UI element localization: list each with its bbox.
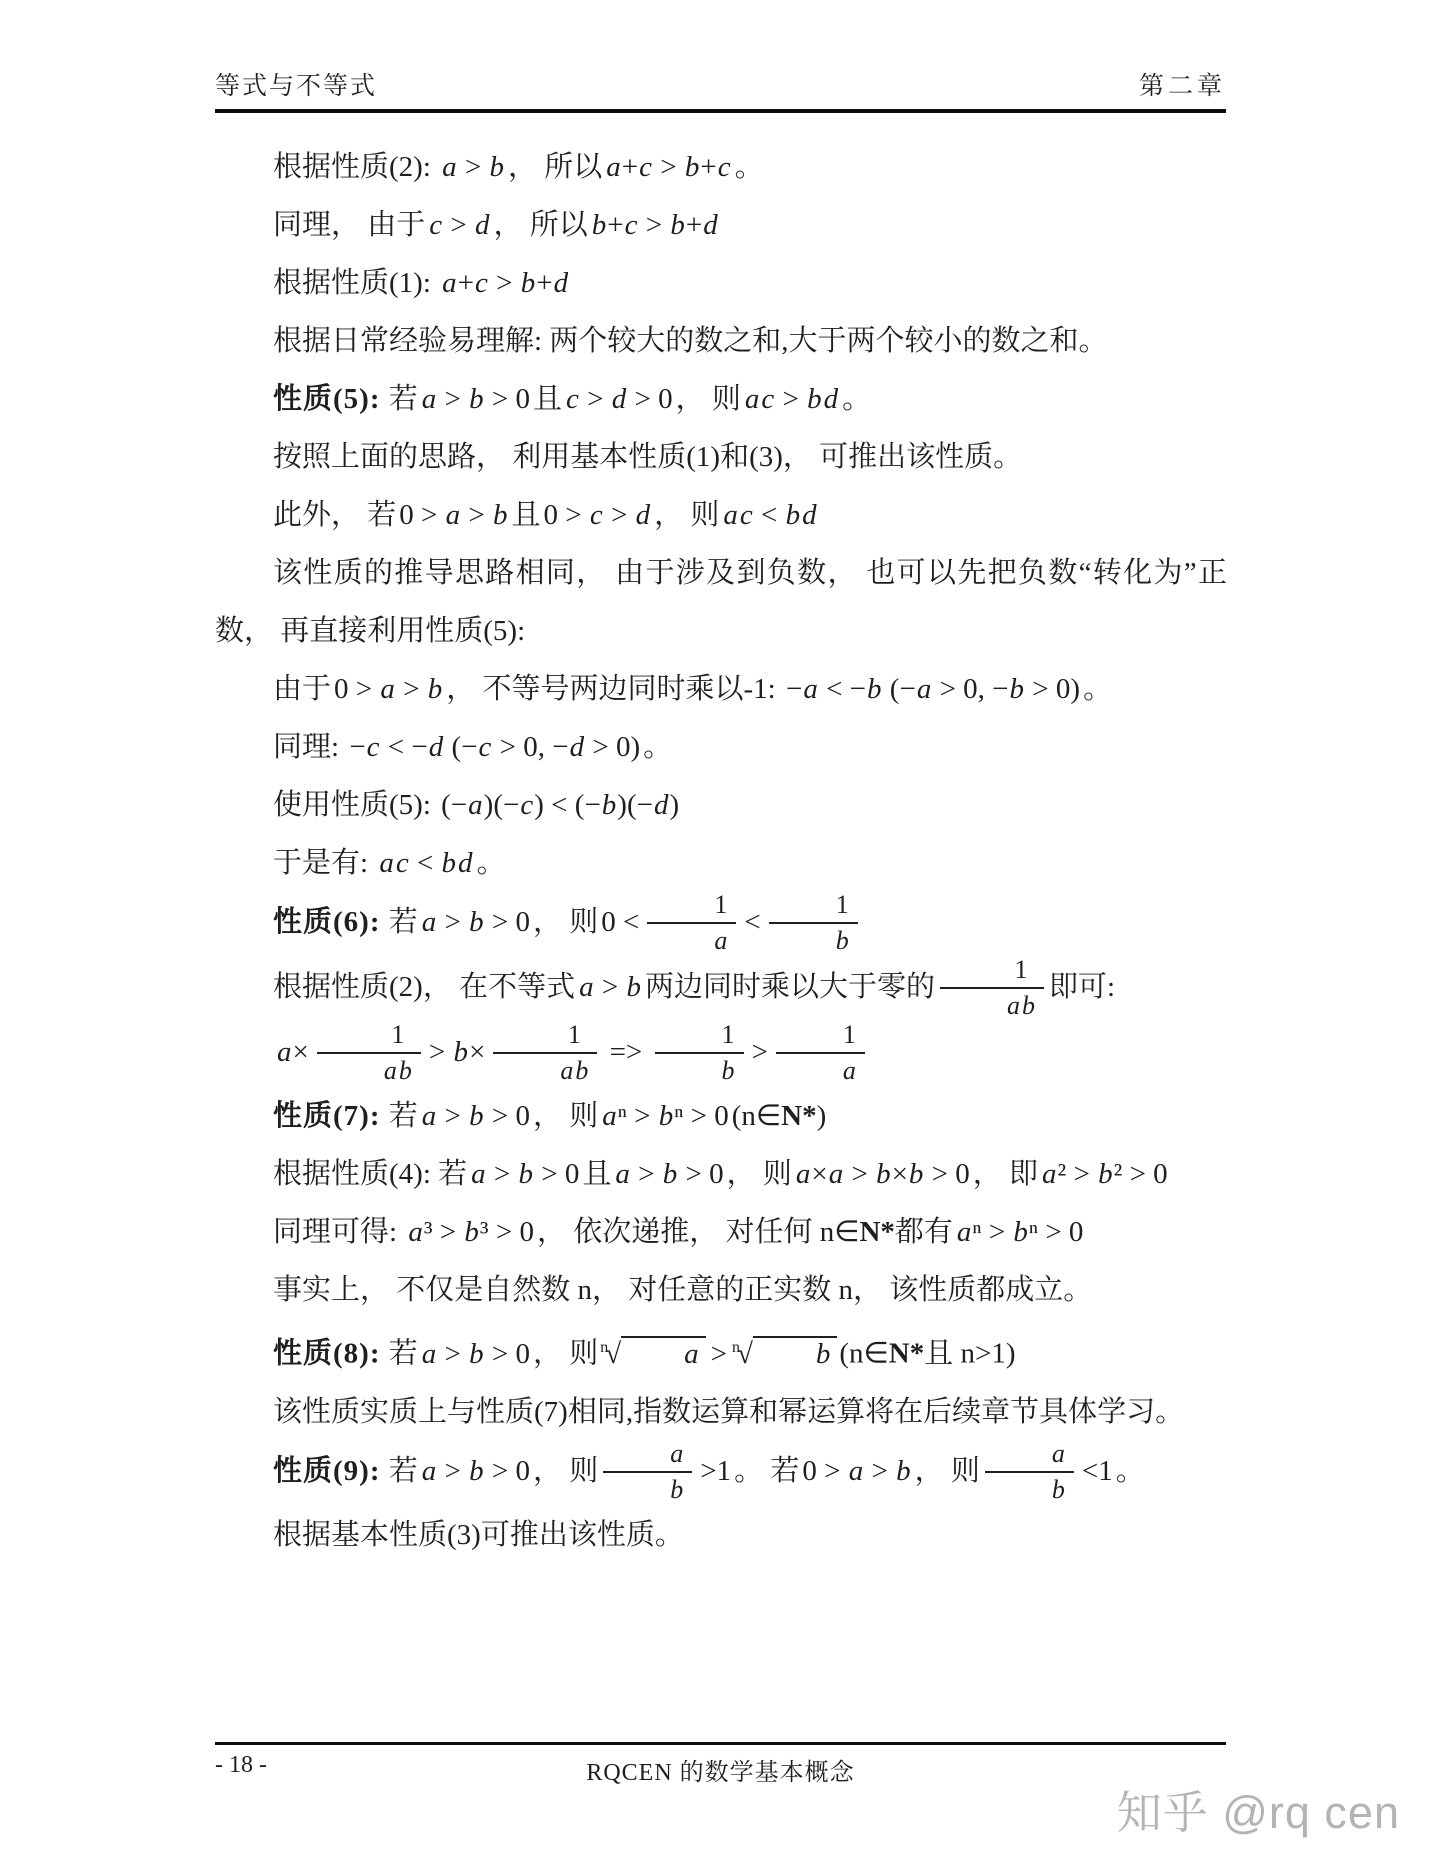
text-run: 且 <box>533 383 562 415</box>
math-variable: a <box>441 151 458 183</box>
fraction-denominator: a <box>647 924 736 955</box>
math-variable: b <box>398 1056 413 1085</box>
math-variable: c <box>760 383 775 415</box>
math-variable: b <box>463 1216 480 1248</box>
text-run: 根据基本性质(3)可推出该性质。 <box>273 1519 684 1551</box>
text-run: 。 <box>1083 673 1112 705</box>
math-variable: a <box>744 383 761 415</box>
math-expression: a > b > 0 <box>418 906 533 938</box>
math-variable: b <box>866 673 883 705</box>
math-variable: a <box>559 1056 574 1085</box>
math-variable: a <box>1006 991 1021 1020</box>
text-run: ， 则 <box>533 1338 598 1370</box>
paragraph: 同理: −c < −d (−c > 0, −d > 0)。 <box>215 718 1227 776</box>
math-variable: a <box>421 1455 438 1487</box>
math-expression: > <box>708 1338 730 1370</box>
math-variable: b <box>669 1475 684 1504</box>
paragraph: 根据日常经验易理解: 两个较大的数之和,大于两个较小的数之和。 <box>215 312 1227 370</box>
math-expression: a³ > b³ > 0 <box>404 1216 537 1248</box>
math-variable: a <box>445 499 462 531</box>
radicand: b <box>753 1336 838 1369</box>
math-expression: b <box>1048 1475 1069 1504</box>
text-run: 即可: <box>1049 971 1115 1003</box>
math-variable: b <box>441 847 458 879</box>
math-variable: a <box>614 1158 631 1190</box>
math-variable: b <box>1097 1158 1114 1190</box>
math-variable: d <box>702 209 719 241</box>
math-variable: b <box>574 1056 589 1085</box>
math-variable: a <box>722 499 739 531</box>
math-variable: a <box>795 1158 812 1190</box>
math-variable: d <box>611 383 628 415</box>
text-run: ， 依次递推， 对任何 n∈ <box>537 1216 860 1248</box>
math-variable: a <box>601 1100 618 1132</box>
math-expression: 1 <box>719 1020 738 1049</box>
math-variable: b <box>591 209 608 241</box>
text-run: 若 <box>389 1338 418 1370</box>
math-expression: aⁿ > bⁿ > 0 <box>953 1216 1087 1248</box>
property-label: 性质(6): <box>273 906 389 938</box>
math-variable: c <box>366 731 381 763</box>
math-expression: a <box>1048 1439 1069 1468</box>
math-variable: c <box>395 847 410 879</box>
math-variable: b <box>492 499 509 531</box>
math-variable: c <box>428 209 443 241</box>
math-variable: b <box>427 673 444 705</box>
fraction: 1b <box>769 890 858 955</box>
math-variable: c <box>717 151 732 183</box>
fraction: 1a <box>647 890 736 955</box>
text-run: ， 则 <box>533 1455 598 1487</box>
text-run: 使用性质(5): <box>273 789 438 821</box>
math-expression: < <box>741 906 763 938</box>
fraction: 1ab <box>940 955 1044 1020</box>
fraction: 1ab <box>493 1020 597 1085</box>
fraction-numerator: 1 <box>655 1020 744 1054</box>
math-variable: c <box>624 209 639 241</box>
text-run: ) <box>817 1100 827 1132</box>
text-run: 两边同时乘以大于零的 <box>645 971 935 1003</box>
text-run: 若 <box>389 383 418 415</box>
paragraph: 性质(5): 若a > b > 0且c > d > 0， 则ac > bd。 <box>215 370 1227 428</box>
paragraph: 同理， 由于c > d， 所以b+c > b+d <box>215 196 1227 254</box>
text-run: (n∈ <box>839 1338 888 1370</box>
math-variable: b <box>895 1455 912 1487</box>
number-set-symbol: N* <box>859 1216 894 1248</box>
math-variable: c <box>638 151 653 183</box>
text-run: 若 <box>389 1455 418 1487</box>
math-expression: c > d > 0 <box>562 383 676 415</box>
math-variable: b <box>517 1158 534 1190</box>
math-variable: b <box>452 1036 469 1068</box>
math-expression: b <box>812 1338 835 1370</box>
paragraph: 事实上， 不仅是自然数 n， 对任意的正实数 n， 该性质都成立。 <box>215 1261 1227 1319</box>
math-variable: b <box>908 1158 925 1190</box>
math-variable: a <box>470 1158 487 1190</box>
property-label: 性质(5): <box>273 383 389 415</box>
math-variable: a <box>407 1216 424 1248</box>
math-variable: a <box>956 1216 973 1248</box>
math-expression: b+c > b+d <box>588 209 722 241</box>
text-run: (n∈ <box>732 1100 781 1132</box>
math-variable: c <box>519 789 534 821</box>
paragraph: 使用性质(5): (−a)(−c) < (−b)(−d) <box>215 776 1227 834</box>
math-variable: b <box>468 1100 485 1132</box>
page-body: 根据性质(2): a > b， 所以a+c > b+c。同理， 由于c > d，… <box>215 138 1227 1564</box>
math-expression: 0 > a > b <box>331 673 446 705</box>
text-run: ， 所以 <box>508 151 602 183</box>
fraction-numerator: 1 <box>776 1020 865 1054</box>
footer-divider <box>215 1742 1226 1745</box>
header-chapter-label: 第二章 <box>1139 66 1226 102</box>
math-expression: 1 <box>565 1020 584 1049</box>
text-run: ， 不等号两边同时乘以-1: <box>446 673 783 705</box>
paragraph: 根据基本性质(3)可推出该性质。 <box>215 1506 1227 1564</box>
radical: n√a <box>598 1338 707 1370</box>
fraction-numerator: a <box>985 1439 1074 1473</box>
math-expression: a > b > 0 <box>418 1455 533 1487</box>
math-expression: −c < −d (−c > 0, −d > 0) <box>346 731 643 763</box>
math-expression: ab <box>380 1056 416 1085</box>
text-run: 若 <box>389 906 418 938</box>
math-variable: a <box>683 1338 700 1370</box>
paragraph: 性质(7): 若a > b > 0， 则aⁿ > bⁿ > 0(n∈N*) <box>215 1087 1227 1145</box>
math-expression: a×a > b×b > 0 <box>792 1158 973 1190</box>
fraction: 1ab <box>317 1020 421 1085</box>
fraction-numerator: 1 <box>317 1020 421 1054</box>
math-expression: b <box>666 1475 687 1504</box>
paragraph: 该性质的推导思路相同， 由于涉及到负数， 也可以先把负数“转化为”正数， 再直接… <box>215 544 1227 660</box>
text-run: ， 则 <box>654 499 719 531</box>
header-section-title: 等式与不等式 <box>215 66 377 102</box>
math-expression: a+c > b+c <box>602 151 734 183</box>
text-run: ， 则 <box>727 1158 792 1190</box>
paragraph: 按照上面的思路， 利用基本性质(1)和(3)， 可推出该性质。 <box>215 428 1227 486</box>
paragraph: 由于0 > a > b， 不等号两边同时乘以-1: −a < −b (−a > … <box>215 660 1227 718</box>
math-expression: 0 > a > b <box>396 499 511 531</box>
paragraph: 根据性质(2)， 在不等式a > b两边同时乘以大于零的1ab即可: <box>215 957 1227 1022</box>
math-expression: a× <box>273 1036 312 1068</box>
text-run: ， 所以 <box>494 209 588 241</box>
fraction-numerator: 1 <box>769 890 858 924</box>
text-run: 事实上， 不仅是自然数 n， 对任意的正实数 n， 该性质都成立。 <box>273 1274 1092 1306</box>
math-expression: ac < bd <box>375 847 476 879</box>
paragraph: 性质(9): 若a > b > 0， 则ab>1。 若0 > a > b， 则a… <box>215 1441 1227 1506</box>
math-variable: b <box>684 151 701 183</box>
text-run: 此外， 若 <box>273 499 396 531</box>
radical-sign: √ <box>737 1338 753 1370</box>
math-expression: −a < −b (−a > 0, −b > 0) <box>783 673 1083 705</box>
math-variable: b <box>1051 1475 1066 1504</box>
math-variable: d <box>801 499 818 531</box>
fraction: ab <box>985 1439 1074 1504</box>
math-expression: (−a)(−c) < (−b)(−d) <box>438 789 682 821</box>
math-variable: b <box>468 1338 485 1370</box>
text-run: 。 <box>643 731 672 763</box>
text-run: 同理可得: <box>273 1216 404 1248</box>
paragraph: 性质(6): 若a > b > 0， 则0 <1a<1b <box>215 892 1227 957</box>
math-expression: > b× <box>426 1036 488 1068</box>
text-run: 于是有: <box>273 847 375 879</box>
math-expression: a > b <box>575 971 645 1003</box>
text-run: 由于 <box>273 673 331 705</box>
math-expression: b <box>832 926 853 955</box>
property-label: 性质(9): <box>273 1455 389 1487</box>
math-variable: d <box>823 383 840 415</box>
math-variable: a <box>467 789 484 821</box>
number-set-symbol: N* <box>889 1338 924 1370</box>
math-expression: a > b > 0 <box>418 1100 533 1132</box>
paragraph: a×1ab> b×1ab => 1b>1a <box>215 1022 1227 1087</box>
math-expression: > <box>749 1036 771 1068</box>
math-variable: b <box>520 267 537 299</box>
math-variable: d <box>428 731 445 763</box>
math-variable: a <box>421 383 438 415</box>
text-run: 。 若 <box>734 1455 799 1487</box>
math-variable: a <box>916 673 933 705</box>
fraction-denominator: b <box>769 924 858 955</box>
text-run: 且 n>1) <box>924 1338 1015 1370</box>
math-expression: ab <box>556 1056 592 1085</box>
math-variable: a <box>848 1455 865 1487</box>
math-variable: d <box>457 847 474 879</box>
math-variable: c <box>589 499 604 531</box>
number-set-symbol: N* <box>781 1100 816 1132</box>
math-expression: ac < bd <box>719 499 820 531</box>
property-label: 性质(8): <box>273 1338 389 1370</box>
paragraph: 于是有: ac < bd。 <box>215 834 1227 892</box>
text-run: 该性质的推导思路相同， 由于涉及到负数， 也可以先把负数“转化为”正数， 再直接… <box>215 557 1227 647</box>
math-variable: a <box>378 847 395 879</box>
text-run: => <box>602 1036 649 1068</box>
zhihu-watermark: 知乎 @rq cen <box>1117 1776 1400 1841</box>
radicand: a <box>621 1336 706 1369</box>
math-expression: 1 <box>833 890 852 919</box>
math-variable: a <box>379 673 396 705</box>
math-expression: 0 > c > d <box>541 499 655 531</box>
math-variable: d <box>635 499 652 531</box>
fraction-denominator: b <box>985 1473 1074 1504</box>
math-variable: b <box>785 499 802 531</box>
math-expression: a² > b² > 0 <box>1038 1158 1171 1190</box>
math-variable: b <box>875 1158 892 1190</box>
paragraph: 性质(8): 若a > b > 0， 则n√a>n√b(n∈N*且 n>1) <box>215 1319 1227 1383</box>
math-variable: b <box>1012 1216 1029 1248</box>
math-variable: a <box>802 673 819 705</box>
text-run: ， 则 <box>915 1455 980 1487</box>
math-variable: c <box>739 499 754 531</box>
radical: n√b <box>730 1338 839 1370</box>
math-variable: b <box>1021 991 1036 1020</box>
math-variable: a <box>1051 1439 1066 1468</box>
math-expression: a > b > 0 <box>418 383 533 415</box>
fraction: ab <box>603 1439 692 1504</box>
math-variable: a <box>421 906 438 938</box>
paragraph: 同理可得: a³ > b³ > 0， 依次递推， 对任何 n∈N*都有aⁿ > … <box>215 1203 1227 1261</box>
fraction-denominator: a <box>776 1054 865 1085</box>
math-variable: a <box>276 1036 293 1068</box>
paragraph: 此外， 若0 > a > b且0 > c > d， 则ac < bd <box>215 486 1227 544</box>
math-variable: d <box>569 731 586 763</box>
radical-sign: √ <box>605 1338 621 1370</box>
math-expression: a <box>666 1439 687 1468</box>
math-expression: 1 <box>840 1020 859 1049</box>
property-label: 性质(7): <box>273 1100 389 1132</box>
fraction-numerator: 1 <box>647 890 736 924</box>
fraction-denominator: b <box>603 1473 692 1504</box>
paragraph: 根据性质(2): a > b， 所以a+c > b+c。 <box>215 138 1227 196</box>
math-variable: b <box>468 1455 485 1487</box>
math-variable: a <box>669 1439 684 1468</box>
text-run: 若 <box>389 1100 418 1132</box>
math-variable: b <box>658 1100 675 1132</box>
text-run: 。 <box>735 151 764 183</box>
math-variable: c <box>474 267 489 299</box>
math-expression: 0 > a > b <box>799 1455 914 1487</box>
math-expression: ab <box>1003 991 1039 1020</box>
text-run: 该性质实质上与性质(7)相同,指数运算和幂运算将在后续章节具体学习。 <box>273 1396 1184 1428</box>
text-run: ， 则 <box>533 906 598 938</box>
math-expression: a+c > b+d <box>438 267 572 299</box>
math-variable: b <box>662 1158 679 1190</box>
math-variable: b <box>1009 673 1026 705</box>
math-expression: 1 <box>711 890 730 919</box>
math-variable: a <box>842 1056 857 1085</box>
math-expression: aⁿ > bⁿ > 0 <box>598 1100 732 1132</box>
fraction-numerator: a <box>603 1439 692 1473</box>
text-run: ， 即 <box>973 1158 1038 1190</box>
math-expression: 1 <box>1011 955 1030 984</box>
paragraph: 根据性质(1): a+c > b+d <box>215 254 1227 312</box>
math-expression: 0 < <box>598 906 642 938</box>
fraction-numerator: 1 <box>940 955 1044 989</box>
math-variable: a <box>578 971 595 1003</box>
paragraph: 根据性质(4): 若a > b > 0且a > b > 0， 则a×a > b×… <box>215 1145 1227 1203</box>
text-run: 根据性质(1): <box>273 267 438 299</box>
math-variable: c <box>478 731 493 763</box>
math-variable: b <box>601 789 618 821</box>
math-expression: a <box>839 1056 860 1085</box>
math-variable: a <box>421 1100 438 1132</box>
text-run: 根据性质(2): <box>273 151 438 183</box>
math-variable: a <box>1041 1158 1058 1190</box>
math-expression: c > d <box>425 209 493 241</box>
fraction: 1b <box>655 1020 744 1085</box>
math-expression: >1 <box>697 1455 734 1487</box>
math-expression: a <box>710 926 731 955</box>
fraction-denominator: b <box>655 1054 744 1085</box>
text-run: 根据性质(4): 若 <box>273 1158 467 1190</box>
math-variable: a <box>421 1338 438 1370</box>
math-expression: ac > bd <box>741 383 842 415</box>
math-variable: b <box>625 971 642 1003</box>
text-run: ， 则 <box>676 383 741 415</box>
math-expression: 1 <box>388 1020 407 1049</box>
math-variable: d <box>474 209 491 241</box>
math-variable: d <box>653 789 670 821</box>
math-variable: a <box>713 926 728 955</box>
fraction-numerator: 1 <box>493 1020 597 1054</box>
math-variable: a <box>828 1158 845 1190</box>
text-run: 且 <box>511 499 540 531</box>
paragraph: 该性质实质上与性质(7)相同,指数运算和幂运算将在后续章节具体学习。 <box>215 1383 1227 1441</box>
text-run: 根据性质(2)， 在不等式 <box>273 971 575 1003</box>
math-variable: a <box>605 151 622 183</box>
math-expression: a > b > 0 <box>467 1158 582 1190</box>
math-variable: d <box>553 267 570 299</box>
math-variable: b <box>669 209 686 241</box>
text-run: 都有 <box>895 1216 953 1248</box>
text-run: 同理: <box>273 731 346 763</box>
math-expression: b <box>718 1056 739 1085</box>
math-variable: a <box>383 1056 398 1085</box>
text-run: 根据日常经验易理解: 两个较大的数之和,大于两个较小的数之和。 <box>273 325 1108 357</box>
fraction-denominator: ab <box>940 989 1044 1020</box>
math-variable: b <box>721 1056 736 1085</box>
math-expression: a > b > 0 <box>611 1158 726 1190</box>
math-variable: a <box>441 267 458 299</box>
fraction-denominator: ab <box>493 1054 597 1085</box>
fraction: 1a <box>776 1020 865 1085</box>
math-expression: a <box>680 1338 703 1370</box>
footer-book-title: RQCEN 的数学基本概念 <box>215 1752 1226 1787</box>
text-run: 按照上面的思路， 利用基本性质(1)和(3)， 可推出该性质。 <box>273 441 1022 473</box>
math-variable: b <box>468 906 485 938</box>
math-variable: b <box>468 383 485 415</box>
math-variable: b <box>815 1338 832 1370</box>
math-variable: c <box>565 383 580 415</box>
math-variable: b <box>835 926 850 955</box>
text-run: 。 <box>1116 1455 1145 1487</box>
fraction-denominator: ab <box>317 1054 421 1085</box>
math-variable: b <box>488 151 505 183</box>
text-run: 。 <box>842 383 871 415</box>
page-header: 等式与不等式 第二章 <box>215 66 1226 113</box>
text-run: 。 <box>477 847 506 879</box>
math-expression: a > b <box>438 151 508 183</box>
document-page: 等式与不等式 第二章 根据性质(2): a > b， 所以a+c > b+c。同… <box>0 0 1440 1864</box>
math-variable: b <box>806 383 823 415</box>
math-expression: a > b > 0 <box>418 1338 533 1370</box>
text-run: 且 <box>582 1158 611 1190</box>
math-expression: <1 <box>1079 1455 1116 1487</box>
text-run: ， 则 <box>533 1100 598 1132</box>
text-run: 同理， 由于 <box>273 209 425 241</box>
